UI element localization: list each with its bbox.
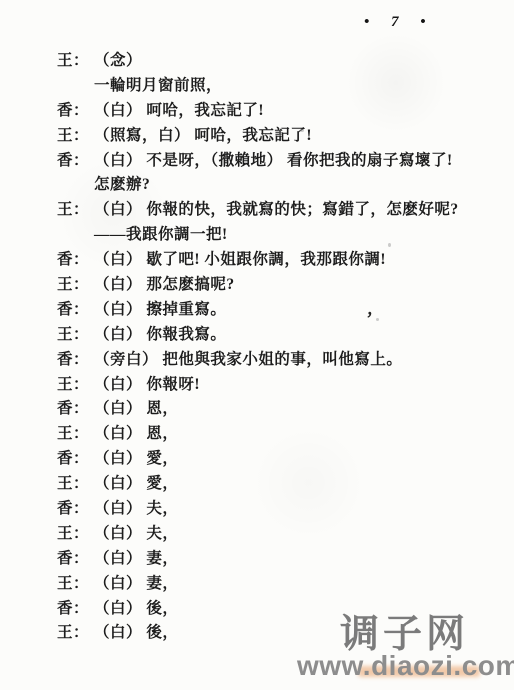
script-line: 王： （白） 你報呀! [57,372,504,397]
dialogue-text: （旁白） 把他與我家小姐的事，叫他寫上。 [94,347,504,369]
speaker-label: 王： [57,123,94,145]
script-line: 香： （白） 呵哈，我忘記了! [57,98,504,123]
dialogue-text: （白） 不是呀，（撒賴地） 看你把我的扇子寫壞了! [94,148,504,170]
script-line: 香： （白） 妻， [57,546,504,571]
watermark-site-url: www.diaozi.com [297,650,514,682]
dialogue-text: 怎麽辦? [94,172,504,194]
speaker-label: 王： [57,571,94,593]
paper-speck [300,129,304,132]
paper-speck [388,243,391,247]
script-line: 王： （白） 妻， [57,571,504,596]
script-line: 王： （念） [57,48,504,73]
speaker-label: 香： [57,546,94,568]
dialogue-text: （白） 那怎麽搞呢? [94,272,504,294]
scanned-script-page: • 7 • 王： （念） 一輪明月窗前照， 香： （白） 呵哈，我忘記了! 王：… [0,0,514,690]
dialogue-text: （白） 愛， [94,471,504,493]
speaker-label: 香： [57,98,94,120]
dialogue-text: （白） 夫， [94,496,504,518]
script-line: 王： （照寫，白） 呵哈，我忘記了! [57,123,504,148]
dialogue-text: （念） [94,48,504,70]
dialogue-text: （白） 恩， [94,396,504,418]
dialogue-text: （白） 你報的快，我就寫的快；寫錯了，怎麽好呢? [94,197,504,219]
dialogue-text: ——我跟你調一把! [94,222,504,244]
paper-speck [376,318,379,321]
speaker-label: 王： [57,521,94,543]
script-line: 香： （白） 夫， [57,496,504,521]
script-line: 王： （白） 那怎麽搞呢? [57,272,504,297]
script-line: 怎麽辦? [57,172,504,197]
speaker-label: 香： [57,297,94,319]
speaker-label: 王： [57,197,94,219]
speaker-label: 香： [57,396,94,418]
speaker-label: 王： [57,471,94,493]
dialogue-text: （白） 你報呀! [94,372,504,394]
dialogue-text: （白） 擦掉重寫。 [94,297,504,319]
script-line: 香： （白） 愛， [57,446,504,471]
dialogue-text: （白） 歇了吧! 小姐跟你調，我那跟你調! [94,247,504,269]
speaker-label: 王： [57,372,94,394]
speaker-label: 香： [57,446,94,468]
script-line: 王： （白） 你報的快，我就寫的快；寫錯了，怎麽好呢? [57,197,504,222]
dialogue-text: （白） 呵哈，我忘記了! [94,98,504,120]
script-line: 香： （旁白） 把他與我家小姐的事，叫他寫上。 [57,347,504,372]
page-number: • 7 • [364,14,435,31]
script-line: 香： （白） 歇了吧! 小姐跟你調，我那跟你調! [57,247,504,272]
script-line: 王： （白） 恩， [57,421,504,446]
dialogue-text: （白） 妻， [94,571,504,593]
dialogue-text: （照寫，白） 呵哈，我忘記了! [94,123,504,145]
dialogue-text: （白） 恩， [94,421,504,443]
speaker-label: 香： [57,496,94,518]
script-line: 王： （白） 夫， [57,521,504,546]
speaker-label: 香： [57,148,94,170]
speaker-label: 王： [57,322,94,344]
dialogue-text: （白） 妻， [94,546,504,568]
script-line: 香： （白） 恩， [57,396,504,421]
script-line: 香： （白） 不是呀，（撒賴地） 看你把我的扇子寫壞了! [57,148,504,173]
speaker-label: 王： [57,272,94,294]
speaker-label: 王： [57,48,94,70]
dialogue-text: （白） 愛， [94,446,504,468]
speaker-label: 王： [57,421,94,443]
script-line: 王： （白） 愛， [57,471,504,496]
ink-stray-mark: ， [366,294,386,321]
speaker-label: 香： [57,247,94,269]
script-line: 香： （白） 擦掉重寫。 [57,297,504,322]
script-line: ——我跟你調一把! [57,222,504,247]
script-line: 王： （白） 你報我寫。 [57,322,504,347]
speaker-label: 王： [57,620,94,642]
dialogue-text: （白） 夫， [94,521,504,543]
dialogue-text: （白） 你報我寫。 [94,322,504,344]
script-line: 一輪明月窗前照， [57,73,504,98]
speaker-label: 香： [57,596,94,618]
speaker-label: 香： [57,347,94,369]
script-dialogue-list: 王： （念） 一輪明月窗前照， 香： （白） 呵哈，我忘記了! 王： （照寫，白… [57,48,504,645]
dialogue-text: 一輪明月窗前照， [94,73,504,95]
